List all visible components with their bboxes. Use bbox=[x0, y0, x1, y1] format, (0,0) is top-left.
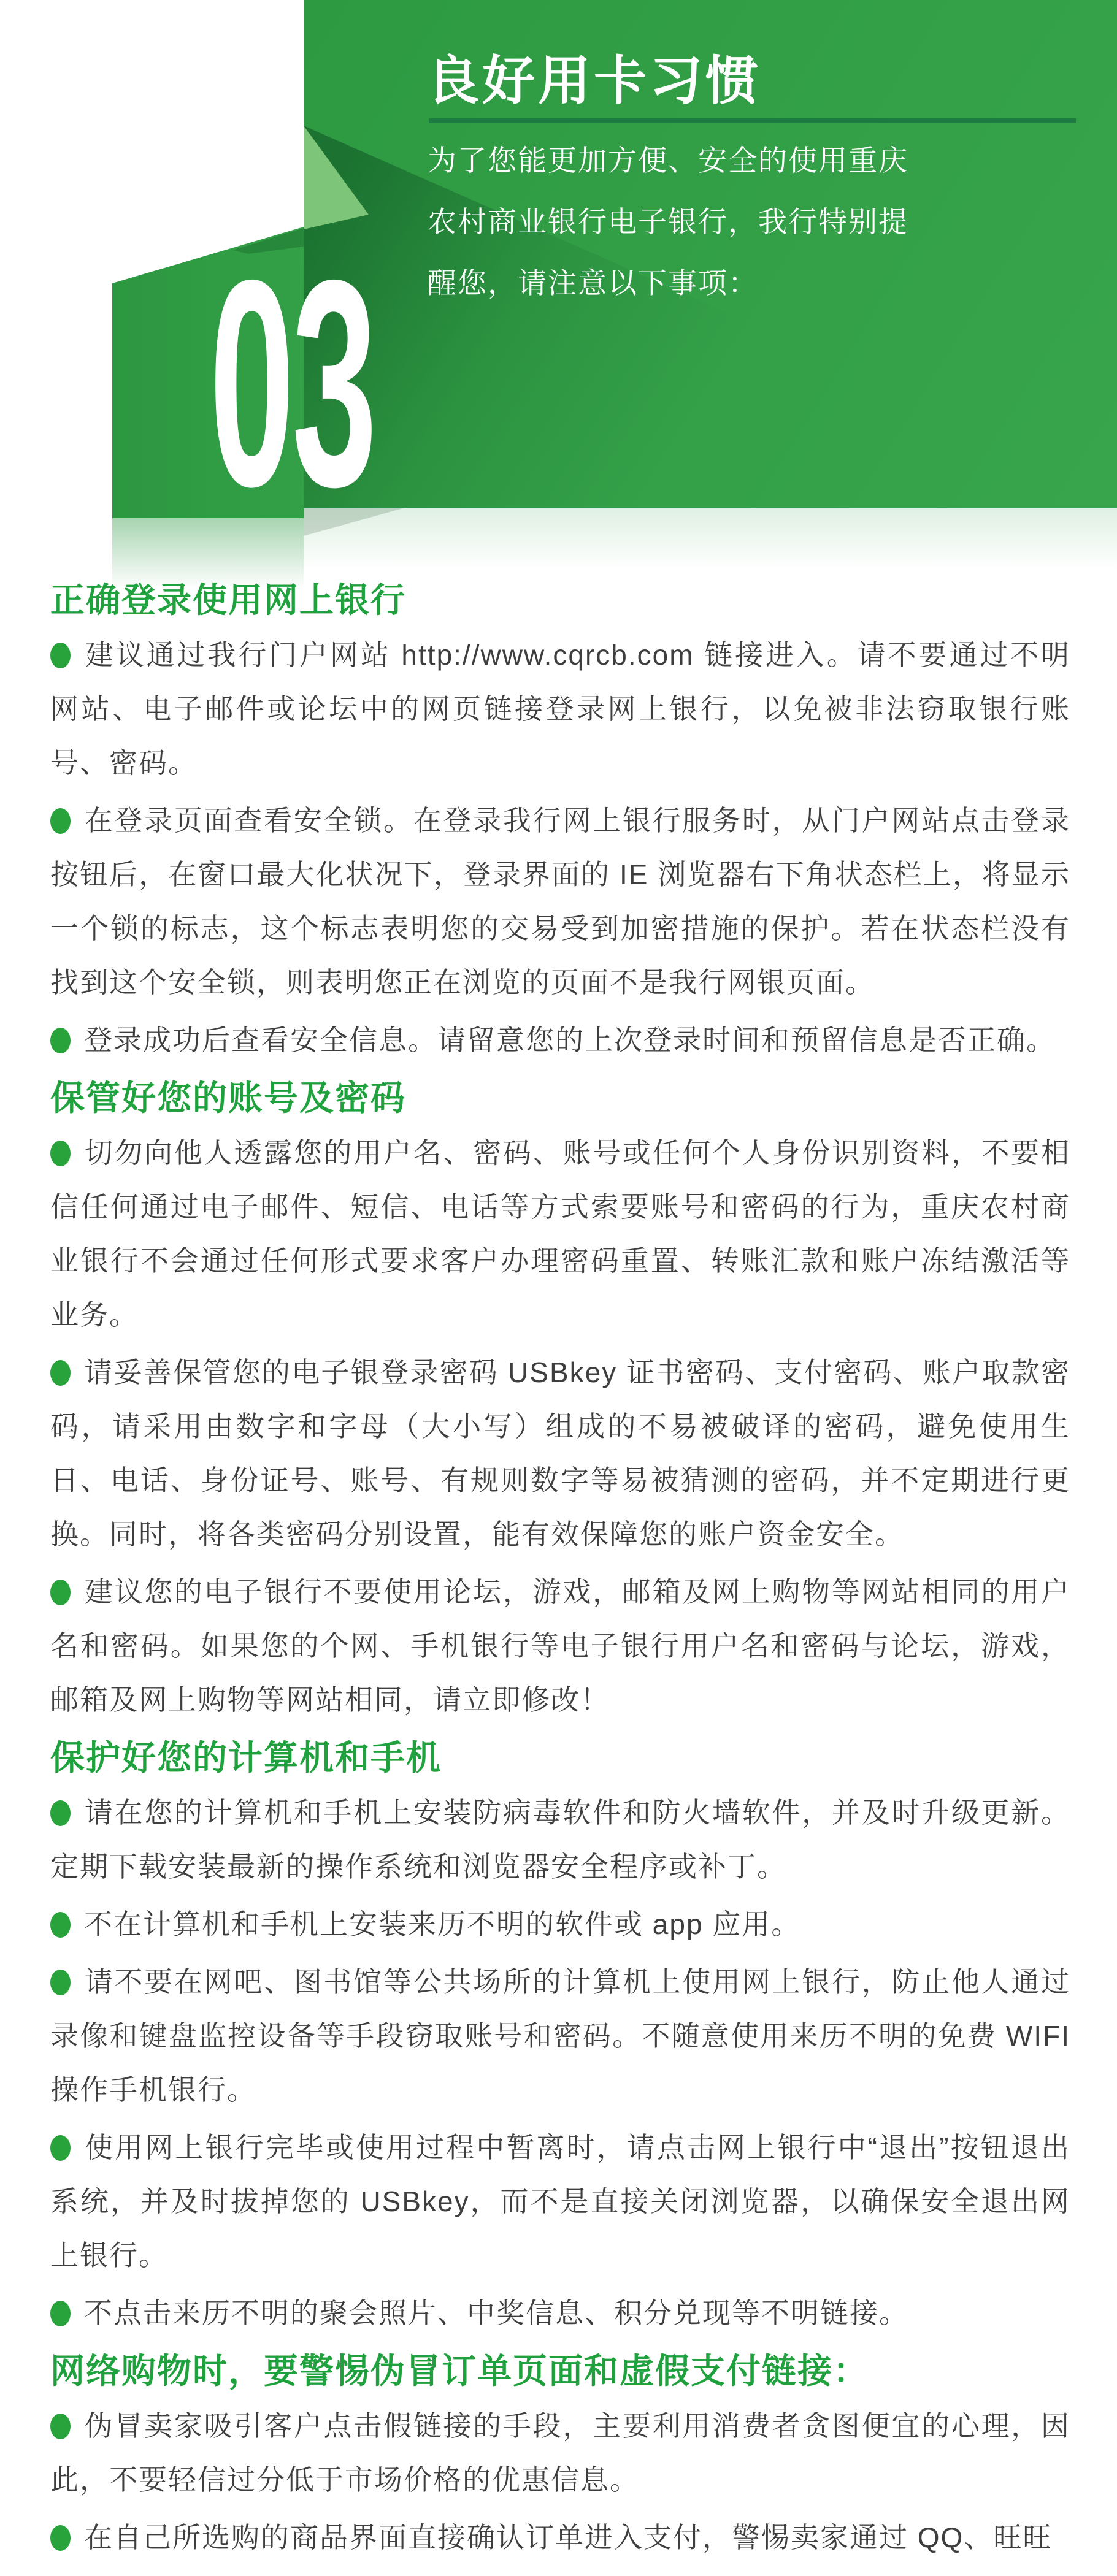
bullet-text: 建议您的电子银行不要使用论坛，游戏，邮箱及网上购物等网站相同的用户名和密码。如果… bbox=[50, 1576, 1070, 1716]
bullet-dot-icon bbox=[50, 1360, 71, 1386]
bullet-text: 建议通过我行门户网站 http://www.cqrcb.com 链接进入。请不要… bbox=[50, 639, 1070, 779]
page: { "banner": { "number": "03", "title": "… bbox=[0, 0, 1117, 2576]
sections: 正确登录使用网上银行建议通过我行门户网站 http://www.cqrcb.co… bbox=[50, 573, 1070, 2564]
section-heading: 保管好您的账号及密码 bbox=[50, 1071, 1070, 1126]
bullet-dot-icon bbox=[50, 1580, 71, 1605]
bullet-dot-icon bbox=[50, 1912, 71, 1938]
bullet-item: 不点击来历不明的聚会照片、中奖信息、积分兑现等不明链接。 bbox=[50, 2286, 1070, 2340]
banner-title-divider bbox=[429, 118, 1076, 123]
bullet-text: 登录成功后查看安全信息。请留意您的上次登录时间和预留信息是否正确。 bbox=[84, 1024, 1056, 1056]
bullet-dot-icon bbox=[50, 1141, 71, 1166]
section-heading: 网络购物时，要警惕伪冒订单页面和虚假支付链接： bbox=[50, 2344, 1070, 2399]
bullet-dot-icon bbox=[50, 2301, 71, 2326]
bullet-dot-icon bbox=[50, 2135, 71, 2161]
bullet-text: 伪冒卖家吸引客户点击假链接的手段，主要利用消费者贪图便宜的心理，因此，不要轻信过… bbox=[50, 2410, 1070, 2496]
bullet-item: 在自己所选购的商品界面直接确认订单进入支付，警惕卖家通过 QQ、旺旺 bbox=[50, 2510, 1070, 2564]
bullet-item: 使用网上银行完毕或使用过程中暂离时，请点击网上银行中“退出”按钮退出系统，并及时… bbox=[50, 2120, 1070, 2282]
bullet-dot-icon bbox=[50, 2525, 71, 2551]
bullet-item: 建议您的电子银行不要使用论坛，游戏，邮箱及网上购物等网站相同的用户名和密码。如果… bbox=[50, 1565, 1070, 1727]
banner-intro-line: 农村商业银行电子银行，我行特别提 bbox=[428, 191, 908, 253]
bullet-text: 不在计算机和手机上安装来历不明的软件或 app 应用。 bbox=[84, 1908, 800, 1940]
bullet-text: 请在您的计算机和手机上安装防病毒软件和防火墙软件，并及时升级更新。定期下载安装最… bbox=[50, 1797, 1070, 1882]
banner-intro-line: 醒您，请注意以下事项： bbox=[428, 253, 908, 314]
banner-number-text: 03 bbox=[209, 236, 374, 530]
bullet-item: 切勿向他人透露您的用户名、密码、账号或任何个人身份识别资料，不要相信任何通过电子… bbox=[50, 1126, 1070, 1342]
banner-intro-line: 为了您能更加方便、安全的使用重庆 bbox=[428, 130, 908, 191]
banner-title: 良好用卡习惯 bbox=[426, 38, 761, 114]
bullet-text: 请不要在网吧、图书馆等公共场所的计算机上使用网上银行，防止他人通过录像和键盘监控… bbox=[50, 1966, 1070, 2106]
bullet-text: 请妥善保管您的电子银登录密码 USBkey 证书密码、支付密码、账户取款密码，请… bbox=[50, 1356, 1070, 1550]
banner-number: 03 bbox=[133, 236, 342, 530]
bullet-dot-icon bbox=[50, 643, 71, 668]
bullet-text: 切勿向他人透露您的用户名、密码、账号或任何个人身份识别资料，不要相信任何通过电子… bbox=[50, 1137, 1070, 1331]
bullet-dot-icon bbox=[50, 1800, 71, 1826]
banner-reflection bbox=[304, 508, 1117, 570]
bullet-item: 建议通过我行门户网站 http://www.cqrcb.com 链接进入。请不要… bbox=[50, 628, 1070, 790]
banner-intro: 为了您能更加方便、安全的使用重庆 农村商业银行电子银行，我行特别提 醒您，请注意… bbox=[428, 130, 908, 314]
bullet-item: 请妥善保管您的电子银登录密码 USBkey 证书密码、支付密码、账户取款密码，请… bbox=[50, 1345, 1070, 1561]
section-heading: 正确登录使用网上银行 bbox=[50, 573, 1070, 628]
section-heading: 保护好您的计算机和手机 bbox=[50, 1730, 1070, 1786]
bullet-text: 使用网上银行完毕或使用过程中暂离时，请点击网上银行中“退出”按钮退出系统，并及时… bbox=[50, 2131, 1070, 2271]
bullet-item: 在登录页面查看安全锁。在登录我行网上银行服务时，从门户网站点击登录按钮后，在窗口… bbox=[50, 793, 1070, 1009]
bullet-text: 在登录页面查看安全锁。在登录我行网上银行服务时，从门户网站点击登录按钮后，在窗口… bbox=[50, 805, 1070, 998]
bullet-item: 不在计算机和手机上安装来历不明的软件或 app 应用。 bbox=[50, 1897, 1070, 1951]
banner: 03 良好用卡习惯 为了您能更加方便、安全的使用重庆 农村商业银行电子银行，我行… bbox=[0, 0, 1117, 570]
bullet-item: 请在您的计算机和手机上安装防病毒软件和防火墙软件，并及时升级更新。定期下载安装最… bbox=[50, 1786, 1070, 1894]
bullet-text: 在自己所选购的商品界面直接确认订单进入支付，警惕卖家通过 QQ、旺旺 bbox=[84, 2521, 1052, 2553]
bullet-text: 不点击来历不明的聚会照片、中奖信息、积分兑现等不明链接。 bbox=[84, 2297, 908, 2329]
bullet-dot-icon bbox=[50, 1028, 71, 1053]
bullet-item: 伪冒卖家吸引客户点击假链接的手段，主要利用消费者贪图便宜的心理，因此，不要轻信过… bbox=[50, 2399, 1070, 2507]
bullet-dot-icon bbox=[50, 2414, 71, 2439]
bullet-item: 登录成功后查看安全信息。请留意您的上次登录时间和预留信息是否正确。 bbox=[50, 1013, 1070, 1067]
bullet-item: 请不要在网吧、图书馆等公共场所的计算机上使用网上银行，防止他人通过录像和键盘监控… bbox=[50, 1955, 1070, 2117]
bullet-dot-icon bbox=[50, 1970, 71, 1995]
bullet-dot-icon bbox=[50, 808, 71, 834]
